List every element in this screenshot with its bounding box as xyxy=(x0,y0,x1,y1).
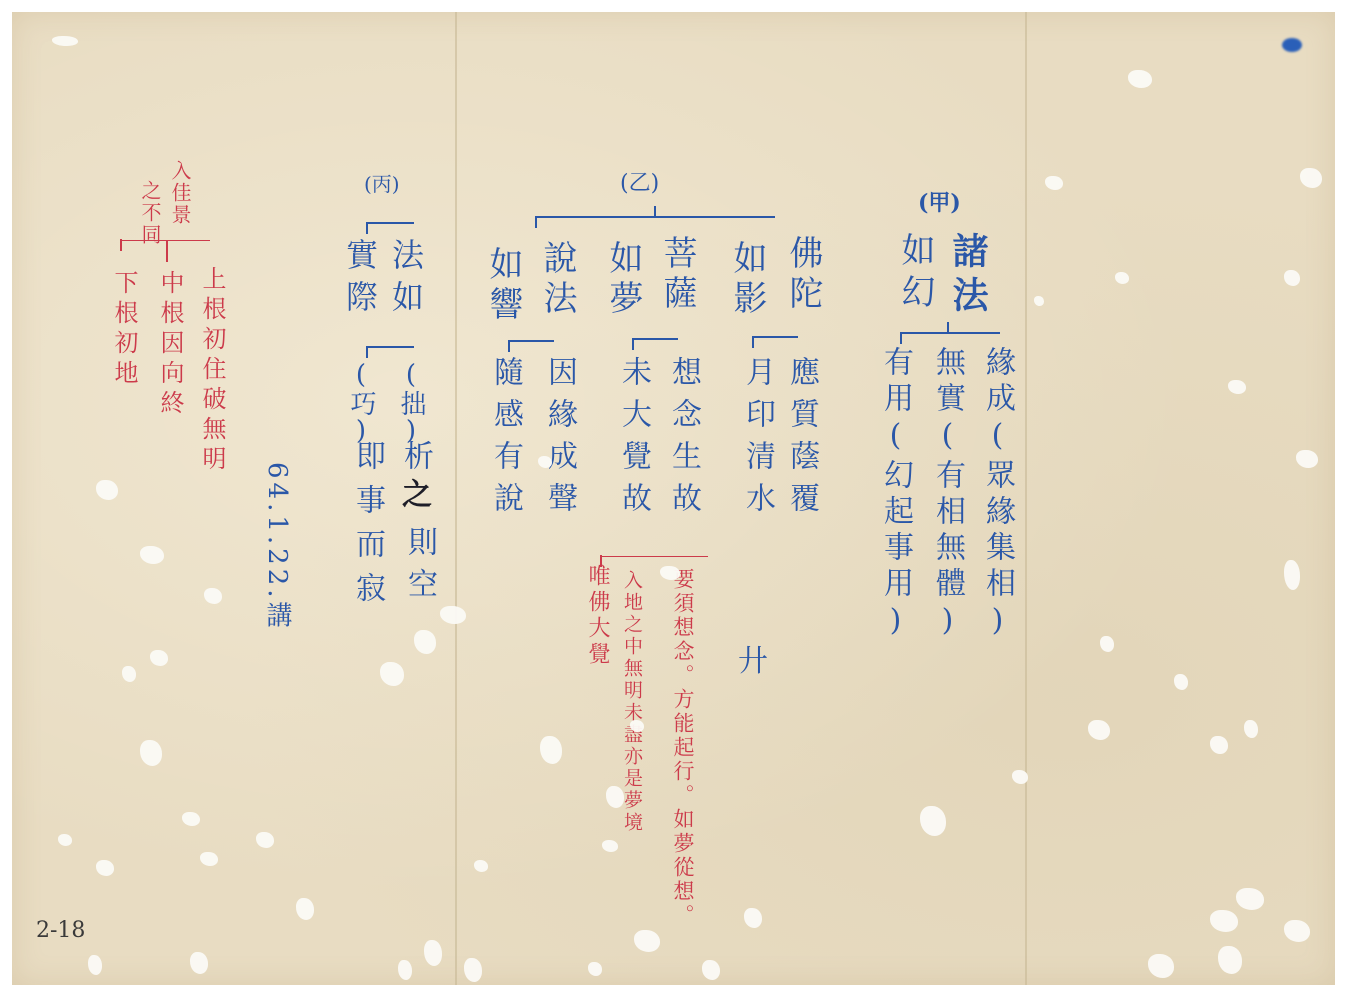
section-a-label: (甲) xyxy=(918,186,961,217)
dream-note-col2: 入地之中無明未盡亦是夢境 xyxy=(622,570,641,834)
page-number: 2-18 xyxy=(36,918,85,943)
clumsy-text-a: 析 xyxy=(400,440,430,470)
section-c-title-col2: 實際 xyxy=(344,238,376,322)
section-c-bracket xyxy=(366,222,414,224)
section-a-branch-1: 緣成(眾緣集相) xyxy=(982,346,1012,644)
bodhisattva-title-col1: 菩薩 xyxy=(660,235,694,315)
lecture-date: 64.1.22.講 xyxy=(264,462,290,632)
bodhisattva-title-col2: 如夢 xyxy=(606,240,640,320)
upper-root-branch: 上根初住破無明 xyxy=(200,266,224,476)
lower-root-branch: 下根初地 xyxy=(112,270,136,390)
dharma-title-col1: 說法 xyxy=(540,240,574,320)
bracket-tick xyxy=(166,240,168,262)
section-c-label: (丙) xyxy=(364,168,400,197)
clumsy-text-b: 則空 xyxy=(404,526,434,610)
skillful-prefix: (巧) xyxy=(348,360,374,446)
section-a-branch-2: 無實(有相無體) xyxy=(932,346,962,644)
section-a-title-col2: 如幻 xyxy=(898,232,932,316)
section-a-branch-3: 有用(幻起事用) xyxy=(880,346,910,644)
dharma-bracket xyxy=(508,340,554,342)
dharma-title-col2: 如響 xyxy=(486,246,520,326)
buddha-branch-1: 應質蔭覆 xyxy=(786,356,816,524)
bodhisattva-branch-1: 想念生故 xyxy=(668,356,698,524)
emphasis-char: 之 xyxy=(398,478,428,508)
section-b-label: (乙) xyxy=(620,166,659,197)
hash-mark: 廾 xyxy=(738,636,768,680)
bodhisattva-bracket xyxy=(632,338,678,340)
bracket-tick xyxy=(654,206,656,218)
fold-line xyxy=(1025,12,1027,985)
section-c-sub-bracket xyxy=(366,346,414,348)
bracket-tick xyxy=(947,322,949,334)
fold-line xyxy=(455,12,457,985)
dharma-branch-2: 隨感有說 xyxy=(490,356,520,524)
section-a-title-col1: 諸法 xyxy=(950,232,986,320)
dream-note-bracket xyxy=(600,556,708,557)
buddha-bracket xyxy=(752,336,798,338)
middle-root-branch: 中根因向終 xyxy=(158,270,182,420)
dream-note-col1: 要須想念。方能起行。如夢從想。 xyxy=(672,568,693,928)
left-note-bracket xyxy=(120,240,210,241)
buddha-title-col2: 如影 xyxy=(730,240,764,320)
buddha-title-col1: 佛陀 xyxy=(786,235,820,315)
dharma-branch-1: 因緣成聲 xyxy=(544,356,574,524)
bodhisattva-branch-2: 未大覺故 xyxy=(618,356,648,524)
dream-note-col3: 唯佛大覺 xyxy=(586,564,608,668)
left-note-heading-col1: 入佳景 xyxy=(170,160,190,226)
clumsy-prefix: (拙) xyxy=(398,360,424,446)
left-note-heading-col2: 之不同 xyxy=(140,180,160,246)
section-a-bracket xyxy=(900,332,1000,334)
skillful-text: 即事而寂 xyxy=(352,440,382,616)
ink-blot xyxy=(1282,38,1302,52)
buddha-branch-2: 月印清水 xyxy=(742,356,772,524)
section-c-title-col1: 法如 xyxy=(390,238,422,322)
